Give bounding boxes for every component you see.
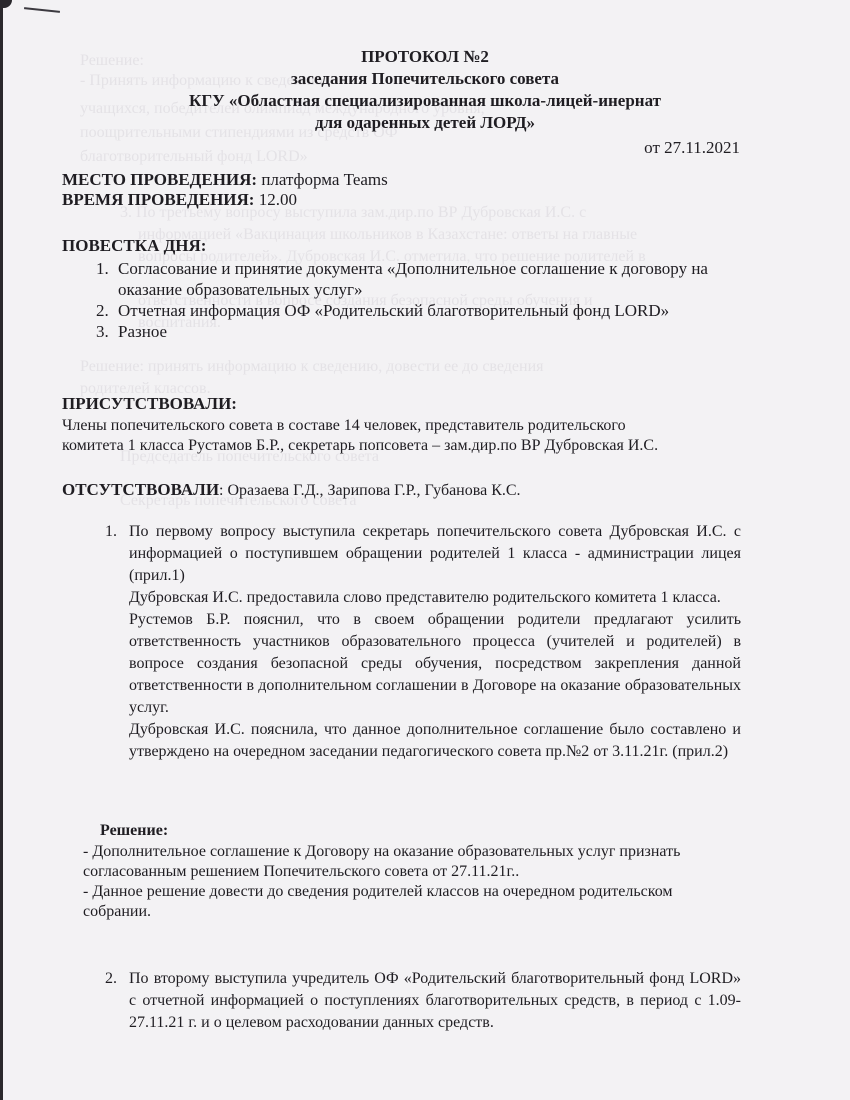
decision-heading: Решение: xyxy=(100,822,168,840)
agenda-item: 3. Разное xyxy=(96,321,756,342)
agenda-item-number: 2. xyxy=(96,300,109,321)
agenda-item-text: Разное xyxy=(118,322,167,341)
decision-list: - Дополнительное соглашение к Договору н… xyxy=(83,842,703,922)
meeting-place-label: МЕСТО ПРОВЕДЕНИЯ: xyxy=(62,170,257,189)
question-paragraph: По второму выступила учредитель ОФ «Роди… xyxy=(129,968,741,1034)
absent-label: ОТСУТСТВОВАЛИ xyxy=(62,480,219,499)
meeting-place-value: платформа Teams xyxy=(257,170,388,189)
present-heading: ПРИСУТСТВОВАЛИ: xyxy=(62,394,237,414)
question-number: 2. xyxy=(105,968,117,990)
scan-edge xyxy=(0,0,3,1100)
question-paragraph: Дубровская И.С. предоставила слово предс… xyxy=(129,587,741,609)
absent-line: ОТСУТСТВОВАЛИ: Оразаева Г.Д., Зарипова Г… xyxy=(62,480,521,500)
question-paragraph: Рустемов Б.Р. пояснил, что в своем обращ… xyxy=(129,609,741,719)
scan-mark xyxy=(24,7,60,13)
agenda-heading: ПОВЕСТКА ДНЯ: xyxy=(62,236,206,256)
question-2: 2. По второму выступила учредитель ОФ «Р… xyxy=(105,968,741,1034)
meeting-time-label: ВРЕМЯ ПРОВЕДЕНИЯ: xyxy=(62,190,254,209)
meeting-time-value: 12.00 xyxy=(254,190,297,209)
present-text: Члены попечительского совета в составе 1… xyxy=(62,416,662,456)
meeting-time: ВРЕМЯ ПРОВЕДЕНИЯ: 12.00 xyxy=(62,190,297,210)
organization-name-line2: для одаренных детей ЛОРД» xyxy=(0,112,850,133)
bleed-through-text: информацией «Вакцинация школьников в Каз… xyxy=(138,226,637,244)
question-paragraph: По первому вопросу выступила секретарь п… xyxy=(129,521,741,587)
organization-name-line1: КГУ «Областная специализированная школа-… xyxy=(0,90,850,111)
document-title: ПРОТОКОЛ №2 xyxy=(0,46,850,67)
meeting-place: МЕСТО ПРОВЕДЕНИЯ: платформа Teams xyxy=(62,170,388,190)
document-date: от 27.11.2021 xyxy=(644,138,740,158)
question-1: 1. По первому вопросу выступила секретар… xyxy=(105,521,741,763)
document-page: Решение: - Принять информацию к сведению… xyxy=(0,0,850,1100)
agenda-item: 2. Отчетная информация ОФ «Родительский … xyxy=(96,300,678,321)
decision-point: - Дополнительное соглашение к Договору н… xyxy=(83,842,703,882)
agenda-item-number: 3. xyxy=(96,321,109,342)
agenda-item-number: 1. xyxy=(96,258,109,279)
question-number: 1. xyxy=(105,521,117,543)
decision-point: - Данное решение довести до сведения род… xyxy=(83,882,703,922)
agenda-list: 1. Согласование и принятие документа «До… xyxy=(96,258,756,342)
agenda-item: 1. Согласование и принятие документа «До… xyxy=(96,258,756,300)
document-subtitle: заседания Попечительского совета xyxy=(0,68,850,89)
bleed-through-text: благотворительный фонд LORD» xyxy=(80,148,308,166)
scan-corner-mark xyxy=(0,0,12,8)
agenda-item-text: Отчетная информация ОФ «Родительский бла… xyxy=(118,301,669,320)
bleed-through-text: Решение: принять информацию к сведению, … xyxy=(80,358,544,376)
absent-value: : Оразаева Г.Д., Зарипова Г.Р., Губанова… xyxy=(219,482,520,499)
agenda-item-text: Согласование и принятие документа «Допол… xyxy=(118,259,708,299)
question-paragraph: Дубровская И.С. пояснила, что данное доп… xyxy=(129,719,741,763)
